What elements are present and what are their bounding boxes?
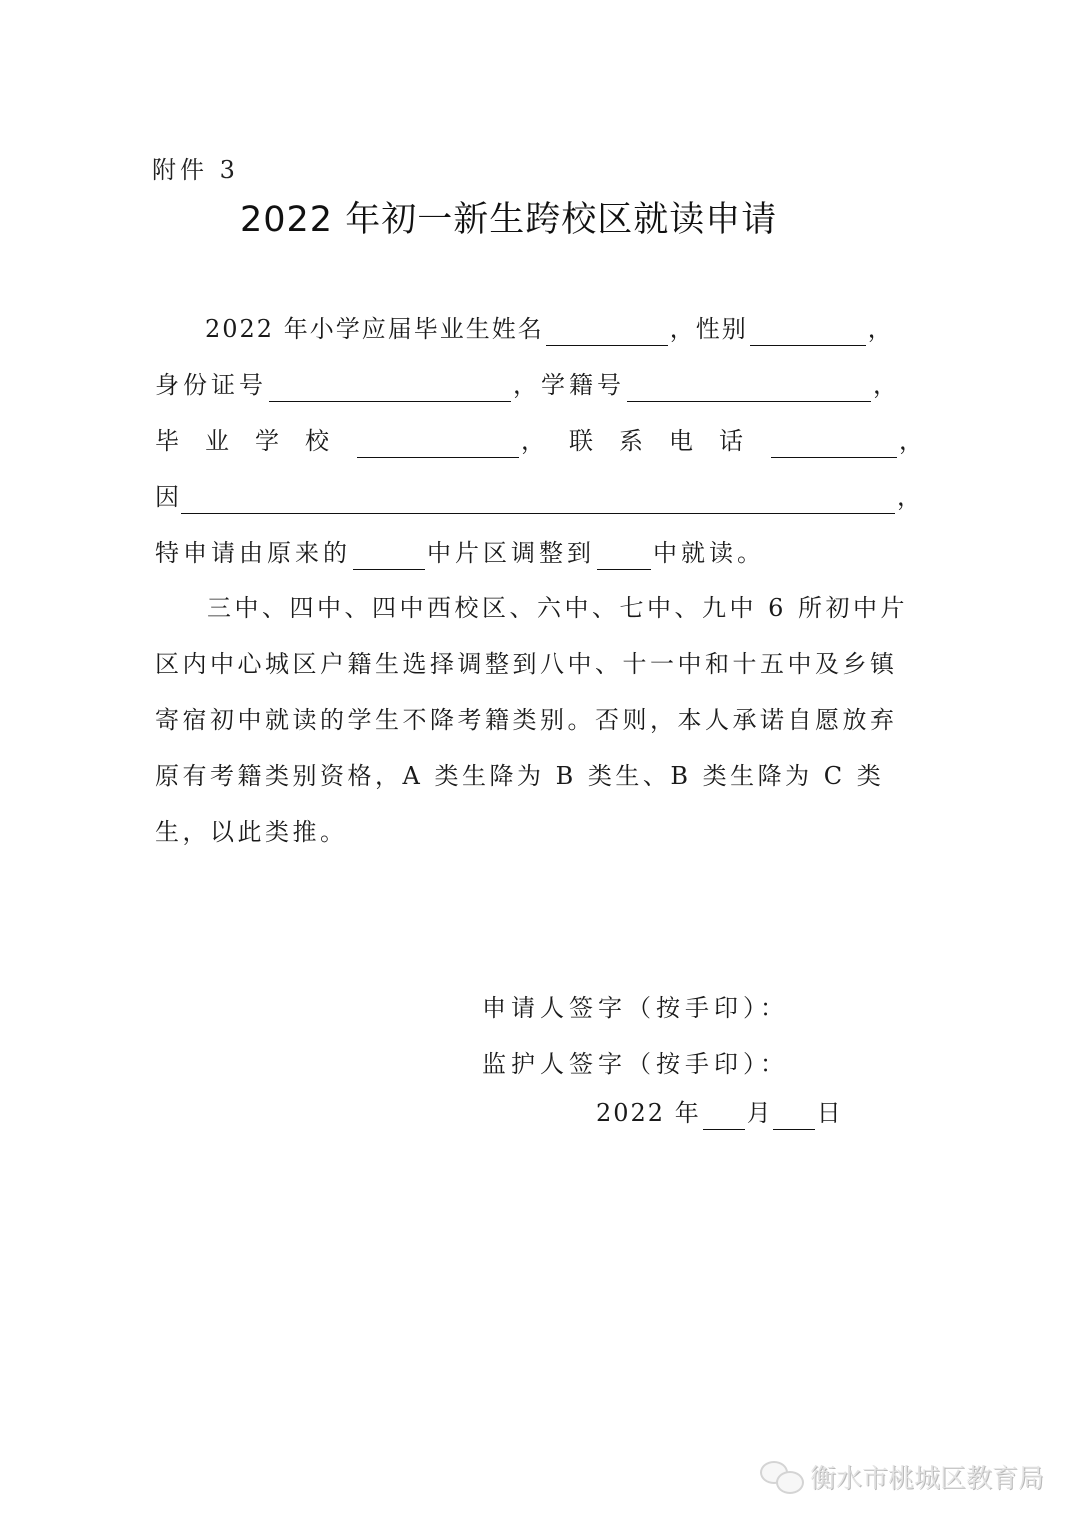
comma: ， — [897, 480, 921, 514]
gender-field[interactable] — [750, 321, 866, 346]
watermark: 衡水市桃城区教育局 — [760, 1458, 1044, 1495]
transfer-middle: 中片区调整到 — [427, 536, 595, 570]
reason-label: 因 — [155, 480, 179, 514]
id-number-field[interactable] — [269, 377, 511, 402]
date-day-label: 日 — [817, 1096, 841, 1130]
date-day-field[interactable] — [773, 1105, 815, 1130]
comma: ， — [868, 312, 892, 346]
document-title: 2022 年初一新生跨校区就读申请 — [240, 192, 777, 242]
date-month-label: 月 — [747, 1096, 771, 1130]
date-line: 2022 年 月 日 — [596, 1096, 841, 1130]
name-field[interactable] — [546, 321, 668, 346]
form-line-name-gender: 2022 年小学应届毕业生姓名 ，性别 ， — [205, 312, 892, 346]
comma: ， — [899, 424, 923, 458]
transfer-end: 中就读。 — [653, 536, 765, 570]
id-label: 身份证号 — [155, 368, 267, 402]
applicant-signature-label: 申请人签字（按手印）： — [482, 988, 789, 1023]
student-no-field[interactable] — [627, 377, 871, 402]
student-no-label: ，学籍号 — [513, 368, 625, 402]
comma: ， — [873, 368, 897, 402]
to-school-field[interactable] — [597, 545, 651, 570]
guardian-signature-label: 监护人签字（按手印）： — [482, 1044, 789, 1079]
watermark-text: 衡水市桃城区教育局 — [810, 1458, 1044, 1495]
wechat-icon — [760, 1461, 804, 1493]
from-school-field[interactable] — [353, 545, 425, 570]
date-year: 2022 年 — [596, 1096, 701, 1130]
attachment-label: 附件 3 — [152, 150, 239, 185]
form-line-school-phone: 毕业学校 ， 联系电话 ， — [155, 424, 923, 458]
date-month-field[interactable] — [703, 1105, 745, 1130]
transfer-prefix: 特申请由原来的 — [155, 536, 351, 570]
comma: ， — [521, 424, 545, 458]
form-line-id-studentno: 身份证号 ，学籍号 ， — [155, 368, 897, 402]
name-label: 2022 年小学应届毕业生姓名 — [205, 312, 544, 346]
form-line-reason: 因 ， — [155, 480, 921, 514]
school-label: 毕业学校 — [155, 424, 355, 458]
school-field[interactable] — [357, 433, 519, 458]
phone-field[interactable] — [771, 433, 897, 458]
reason-field[interactable] — [181, 489, 895, 514]
form-line-transfer: 特申请由原来的 中片区调整到 中就读。 — [155, 536, 765, 570]
policy-paragraph: 三中、四中、四中西校区、六中、七中、九中 6 所初中片区内中心城区户籍生选择调整… — [155, 580, 915, 860]
gender-label: ，性别 — [670, 312, 748, 346]
phone-label: 联系电话 — [569, 424, 769, 458]
